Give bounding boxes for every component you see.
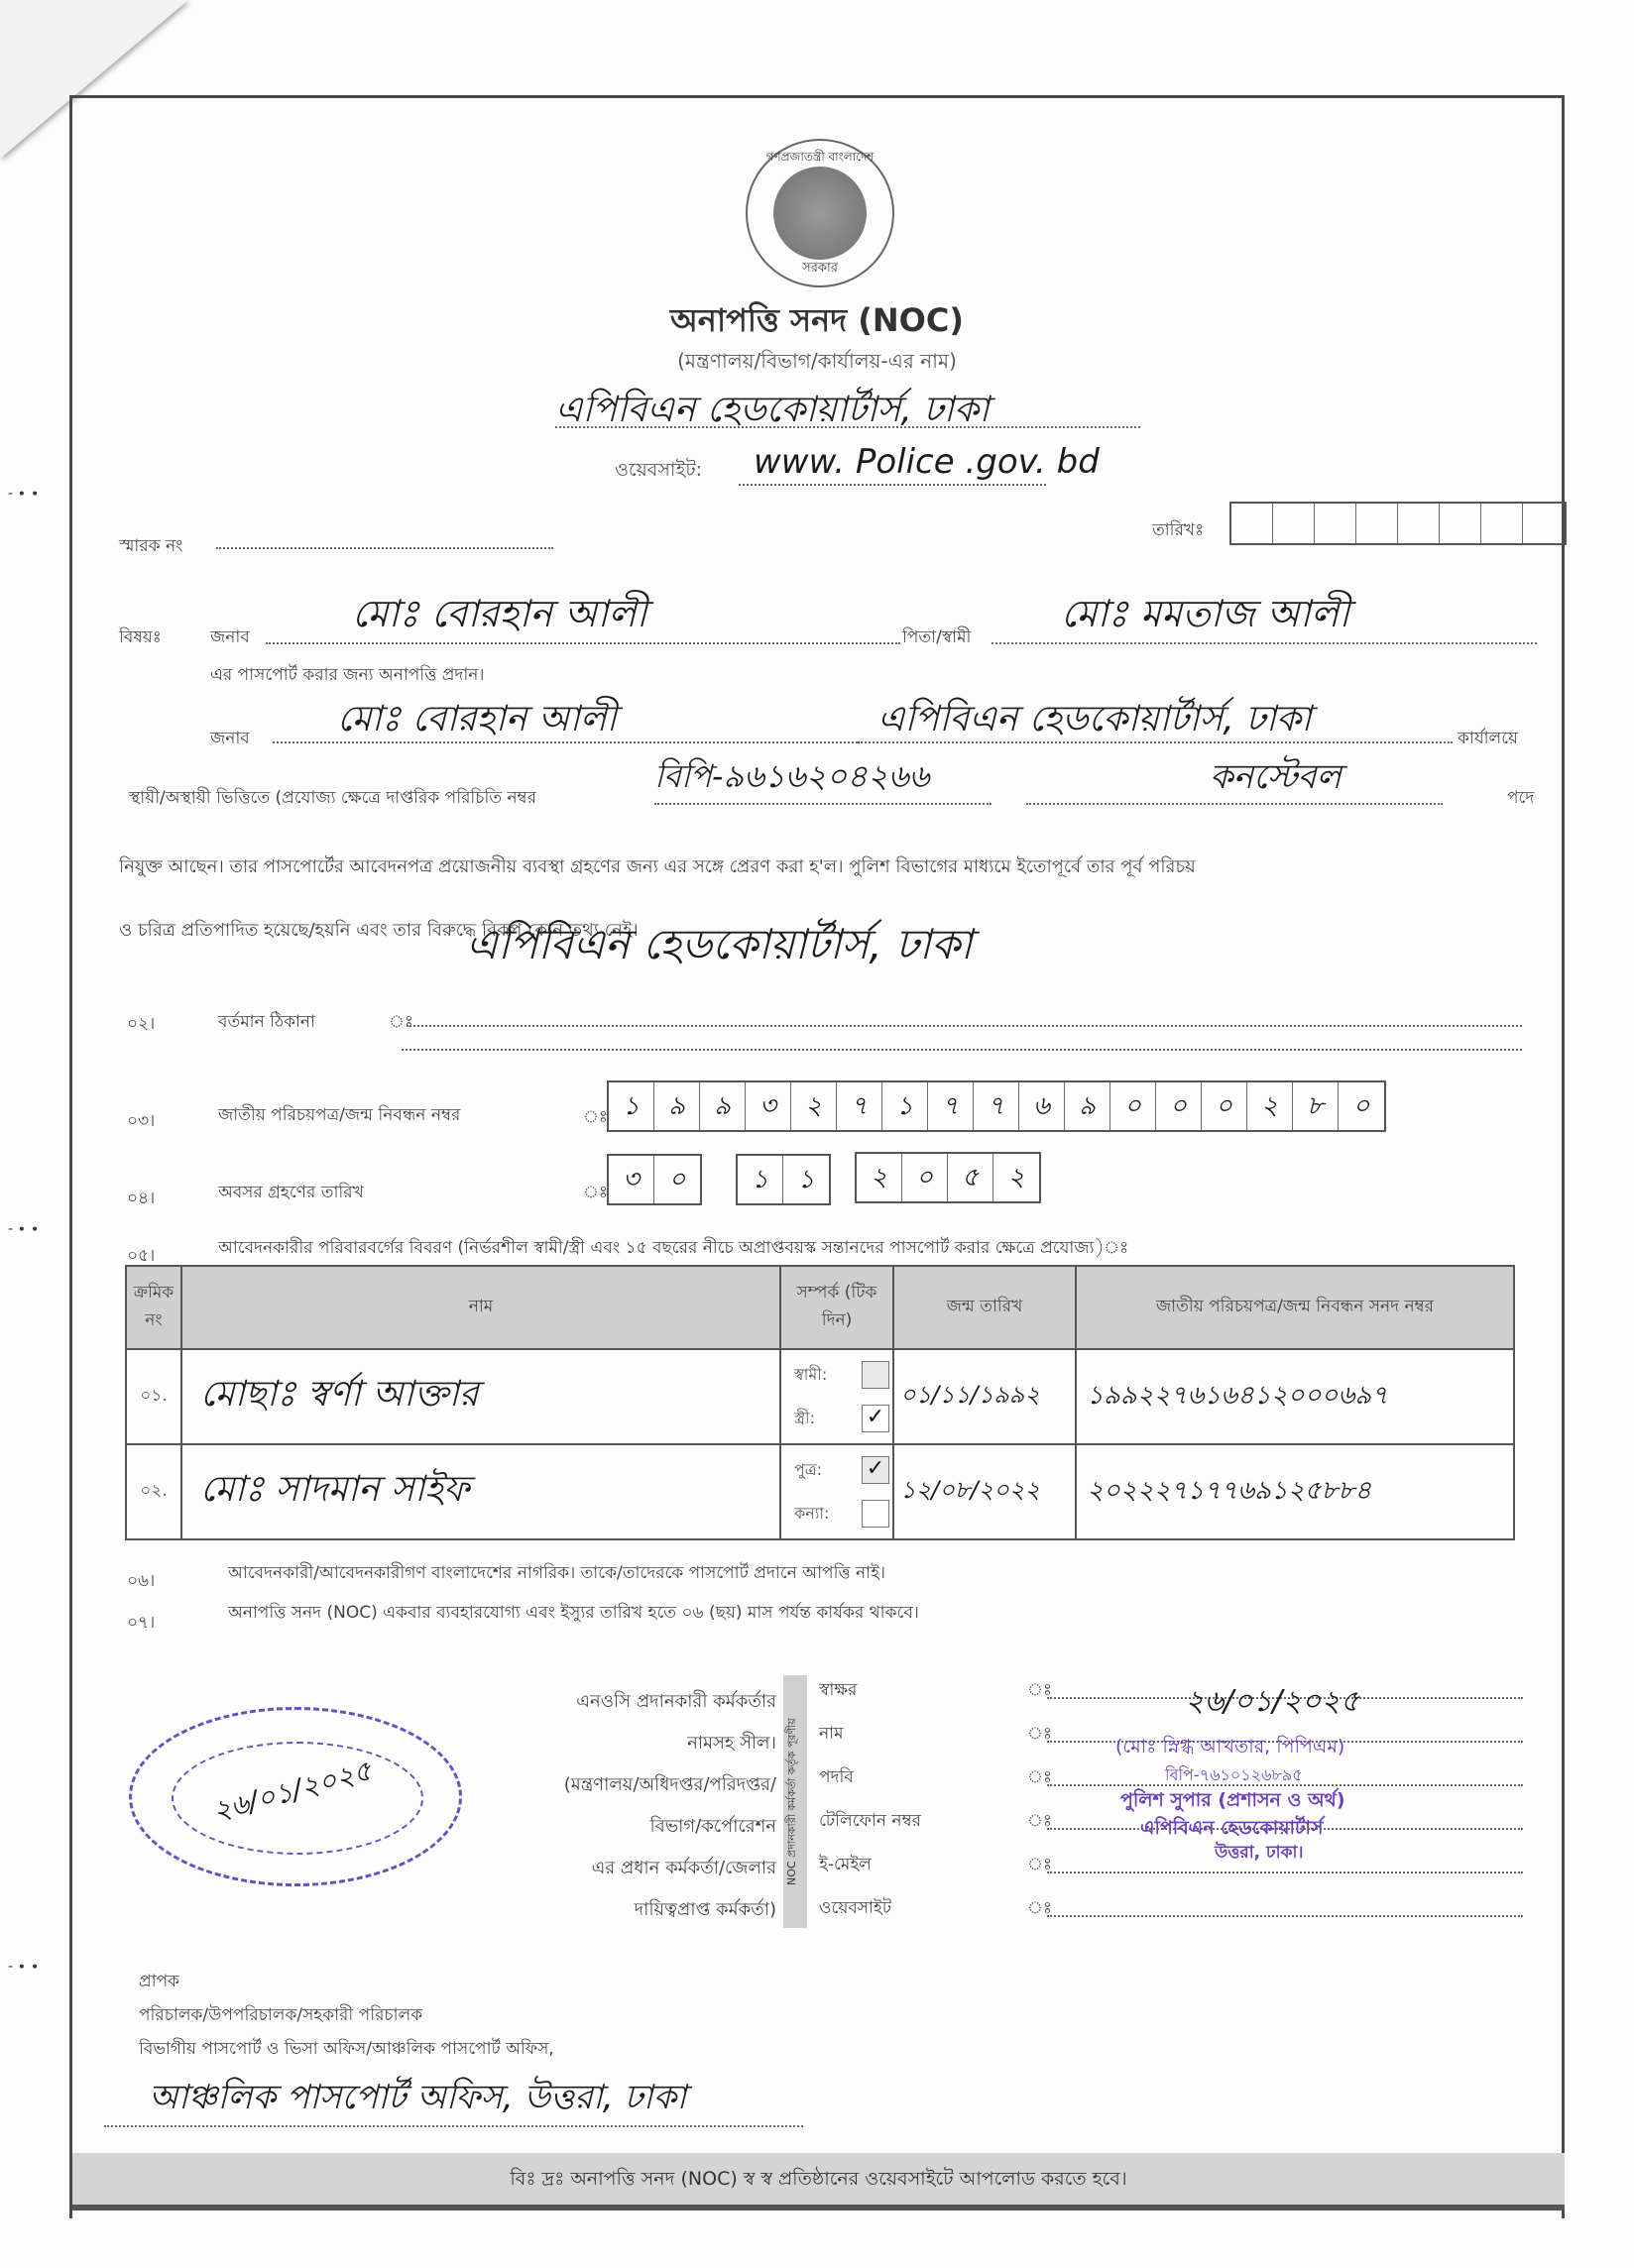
officer-field-colon: ঃ <box>1027 1764 1052 1792</box>
officer-vertical-label: NOC প্রদানকারী কর্মকর্তা কর্তৃক পূরণীয় <box>783 1675 807 1928</box>
note-06: আবেদনকারী/আবেদনকারীগণ বাংলাদেশের নাগরিক।… <box>228 1560 885 1588</box>
subject-label: বিষয়ঃ <box>119 624 162 652</box>
government-emblem-icon: গণপ্রজাতন্ত্রী বাংলাদেশ সরকার <box>746 139 894 287</box>
date-box <box>1315 504 1356 543</box>
nid-digit-box: ১ <box>882 1082 928 1130</box>
body-para1: নিযুক্ত আছেন। তার পাসপোর্টের আবেদনপত্র প… <box>119 852 1196 883</box>
retirement-month-digit: ১ <box>783 1156 829 1203</box>
col-dob: জন্ম তারিখ <box>893 1266 1076 1349</box>
date-box <box>1356 504 1398 543</box>
officer-field-label: টেলিফোন নম্বর <box>819 1808 921 1836</box>
applicant-name: মোঃ বোরহান আলী <box>352 585 647 648</box>
designation: কনস্টেবল <box>1210 751 1342 808</box>
date-box <box>1481 504 1523 543</box>
family-table: ক্রমিক নং নাম সম্পর্ক (টিক দিন) জন্ম তার… <box>125 1265 1515 1540</box>
recipient-line <box>104 2125 803 2127</box>
relation-label: স্বামী: <box>794 1362 827 1389</box>
nid-label: জাতীয় পরিচয়পত্র/জন্ম নিবন্ধন নম্বর <box>218 1102 460 1130</box>
relation-checkbox[interactable]: ✓ <box>862 1456 889 1484</box>
officer-field-line[interactable] <box>1047 1915 1523 1917</box>
relation-cell: পুত্র:✓ কন্যা: <box>780 1444 893 1539</box>
relation-label: পুত্র: <box>794 1457 822 1484</box>
family-intro: আবেদনকারীর পরিবারবর্গের বিবরণ (নির্ভরশীল… <box>218 1235 1128 1263</box>
designation-suffix: পদে <box>1507 785 1534 813</box>
office-suffix: কার্যালয়ে <box>1458 726 1518 753</box>
nid-digit-box: ৩ <box>746 1082 791 1130</box>
officer-description-line: এনওসি প্রদানকারী কর্মকর্তার <box>564 1681 776 1723</box>
retirement-month-boxes: ১১ <box>736 1154 831 1205</box>
officer-field-label: স্বাক্ষর <box>819 1677 857 1705</box>
officer-field-label: নাম <box>819 1721 844 1749</box>
memo-number-field[interactable] <box>216 547 553 549</box>
address-line-2 <box>402 1049 1522 1051</box>
name-cell: মোঃ সাদমান সাইফ <box>181 1444 780 1539</box>
retirement-year-digit: ২ <box>857 1154 902 1201</box>
father-name: মোঃ মমতাজ আলী <box>1061 585 1349 648</box>
memo-label: স্মারক নং <box>119 533 182 561</box>
officer-field-label: পদবি <box>819 1764 854 1792</box>
document-title: অনাপত্তি সনদ (NOC) <box>0 295 1634 349</box>
emblem-bottom-text: সরকার <box>748 259 892 280</box>
retirement-day-digit: ০ <box>654 1156 700 1203</box>
nid-colon: ঃ <box>583 1104 608 1132</box>
officer-field-colon: ঃ <box>1027 1808 1052 1836</box>
address-colon: ঃ <box>389 1009 413 1037</box>
retirement-day-boxes: ৩০ <box>607 1154 702 1205</box>
document-subtitle: (মন্ত্রণালয়/বিভাগ/কার্যালয়-এর নাম) <box>0 347 1634 380</box>
footer-note: বিঃ দ্রঃ অনাপত্তি সনদ (NOC) স্ব স্ব প্রত… <box>72 2153 1565 2211</box>
officer-description-line: দায়িত্বপ্রাপ্ত কর্মকর্তা) <box>564 1889 776 1931</box>
officer-field-line[interactable] <box>1047 1871 1523 1873</box>
serial-cell: ০১. <box>126 1349 181 1444</box>
website-label: ওয়েবসাইট: <box>615 456 702 488</box>
father-name-line <box>992 642 1537 644</box>
margin-mark: - ∙ ∙ <box>8 486 39 502</box>
officer-description-line: নামসহ সীল। <box>564 1723 776 1764</box>
emblem-top-text: গণপ্রজাতন্ত্রী বাংলাদেশ <box>748 149 892 169</box>
relation-label: স্ত্রী: <box>794 1406 815 1432</box>
relation-checkbox[interactable] <box>862 1361 889 1389</box>
address-label: বর্তমান ঠিকানা <box>218 1009 315 1037</box>
nid-digit-box: ৭ <box>837 1082 882 1130</box>
recipient-handwritten: আঞ্চলিক পাসপোর্ট অফিস, উত্তরা, ঢাকা <box>149 2072 686 2128</box>
table-row: ০১. মোছাঃ স্বর্ণা আক্তার স্বামী: স্ত্রী:… <box>126 1349 1514 1444</box>
note-06-num: ০৬। <box>127 1568 155 1596</box>
round-office-seal: ২৬/০১/২০২৫ <box>129 1707 462 1886</box>
note-07-num: ০৭। <box>127 1610 155 1638</box>
margin-mark: - ∙ ∙ <box>8 1221 39 1237</box>
officer-description-line: এর প্রধান কর্মকর্তা/জেলার <box>564 1848 776 1889</box>
nid-digit-box: ২ <box>791 1082 837 1130</box>
nid-digit-box: ০ <box>1156 1082 1202 1130</box>
seal-bp-number: বিপি-৭৬১০১২৬৮৯৫ <box>1165 1762 1303 1789</box>
body-mr-label: জনাব <box>210 726 250 753</box>
recipient-line2: বিভাগীয় পাসপোর্ট ও ভিসা অফিস/আঞ্চলিক পা… <box>139 2036 554 2064</box>
office-name-line <box>555 426 1140 428</box>
relation-checkbox[interactable] <box>862 1500 889 1528</box>
nid-digit-boxes: ১৯৯৩২৭১৭৭৬৯০০০২৮০ <box>607 1080 1386 1132</box>
officer-field-colon: ঃ <box>1027 1677 1052 1705</box>
body-name-line <box>273 741 858 743</box>
subject-mr-label: জনাব <box>210 624 250 652</box>
item-04-num: ০৪। <box>127 1186 155 1213</box>
address-value: এপিবিএন হেডকোয়ার্টার্স, ঢাকা <box>466 912 973 982</box>
officer-field-colon: ঃ <box>1027 1895 1052 1923</box>
date-boxes <box>1229 502 1567 545</box>
family-table-header: ক্রমিক নং নাম সম্পর্ক (টিক দিন) জন্ম তার… <box>126 1266 1514 1349</box>
officer-field-label: ওয়েবসাইট <box>819 1895 891 1923</box>
nid-digit-box: ০ <box>1339 1082 1384 1130</box>
officer-signature-date: ২৬/০১/২০২৫ <box>1185 1677 1359 1728</box>
col-id-number: জাতীয় পরিচয়পত্র/জন্ম নিবন্ধন সনদ নম্বর <box>1076 1266 1514 1349</box>
col-name: নাম <box>181 1266 780 1349</box>
retirement-year-digit: ০ <box>902 1154 948 1201</box>
retirement-label: অবসর গ্রহণের তারিখ <box>218 1180 364 1207</box>
margin-mark: - ∙ ∙ <box>8 1959 39 1975</box>
retirement-year-digit: ৫ <box>948 1154 993 1201</box>
nid-digit-box: ১ <box>609 1082 654 1130</box>
website-value: www. Police .gov. bd <box>754 442 1100 482</box>
address-line-1 <box>407 1025 1522 1027</box>
nid-digit-box: ০ <box>1202 1082 1247 1130</box>
office-name: এপিবিএন হেডকোয়ার্টার্স, ঢাকা <box>555 383 990 442</box>
recipient-label: প্রাপক <box>139 1969 179 1996</box>
name-cell: মোছাঃ স্বর্ণা আক্তার <box>181 1349 780 1444</box>
date-box <box>1398 504 1440 543</box>
applicant-name-line <box>266 642 900 644</box>
nid-digit-box: ০ <box>1110 1082 1156 1130</box>
relation-cell: স্বামী: স্ত্রী:✓ <box>780 1349 893 1444</box>
retirement-month-digit: ১ <box>738 1156 783 1203</box>
nid-digit-box: ৯ <box>700 1082 746 1130</box>
col-relation: সম্পর্ক (টিক দিন) <box>780 1266 893 1349</box>
relation-checkbox[interactable]: ✓ <box>862 1405 889 1432</box>
nid-digit-box: ৭ <box>974 1082 1019 1130</box>
item-03-num: ০৩। <box>127 1108 155 1136</box>
id-number-cell: ২০২২২৭১৭৭৬৯১২৫৮৮৪ <box>1076 1444 1514 1539</box>
retirement-colon: ঃ <box>583 1180 608 1207</box>
id-number-cell: ১৯৯২২৭৬১৬৪১২০০০৬৯৭ <box>1076 1349 1514 1444</box>
seal-name: (মোঃ স্নিগ্ধ আখতার, পিপিএম) <box>1115 1733 1344 1764</box>
body-office-line <box>858 741 1453 743</box>
retirement-year-digit: ২ <box>993 1154 1039 1201</box>
recipient-line1: পরিচালক/উপপরিচালক/সহকারী পরিচালক <box>139 2002 422 2030</box>
relation-label: কন্যা: <box>794 1501 829 1528</box>
date-box <box>1273 504 1315 543</box>
nid-digit-box: ৯ <box>1065 1082 1110 1130</box>
nid-digit-box: ৭ <box>928 1082 974 1130</box>
dob-cell: ০১/১১/১৯৯২ <box>893 1349 1076 1444</box>
dob-cell: ১২/০৮/২০২২ <box>893 1444 1076 1539</box>
nid-digit-box: ৬ <box>1019 1082 1065 1130</box>
basis-text: স্থায়ী/অস্থায়ী ভিত্তিতে (প্রযোজ্য ক্ষে… <box>129 785 536 813</box>
official-id: বিপি-৯৬১৬২০৪২৬৬ <box>654 751 929 805</box>
retirement-day-digit: ৩ <box>609 1156 654 1203</box>
officer-field-label: ই-মেইল <box>819 1852 872 1879</box>
map-emblem-icon <box>773 167 867 260</box>
nid-digit-box: ৮ <box>1293 1082 1339 1130</box>
officer-description-line: বিভাগ/কর্পোরেশন <box>564 1806 776 1848</box>
officer-field-colon: ঃ <box>1027 1852 1052 1879</box>
website-line <box>739 484 1046 486</box>
note-07: অনাপত্তি সনদ (NOC) একবার ব্যবহারযোগ্য এব… <box>228 1600 919 1628</box>
subject-line2: এর পাসপোর্ট করার জন্য অনাপত্তি প্রদান। <box>210 662 485 690</box>
date-label: তারিখঃ <box>1152 517 1204 545</box>
designation-line <box>1026 803 1443 805</box>
officer-field-colon: ঃ <box>1027 1721 1052 1749</box>
officer-description-line: (মন্ত্রণালয়/অধিদপ্তর/পরিদপ্তর/ <box>564 1764 776 1806</box>
nid-digit-box: ৯ <box>654 1082 700 1130</box>
table-row: ০২. মোঃ সাদমান সাইফ পুত্র:✓ কন্যা: ১২/০৮… <box>126 1444 1514 1539</box>
official-id-line <box>654 803 992 805</box>
item-02-num: ০২। <box>127 1011 155 1039</box>
nid-digit-box: ২ <box>1247 1082 1293 1130</box>
date-box <box>1231 504 1273 543</box>
date-box <box>1440 504 1481 543</box>
officer-description: এনওসি প্রদানকারী কর্মকর্তারনামসহ সীল।(মন… <box>564 1681 776 1931</box>
retirement-year-boxes: ২০৫২ <box>855 1152 1041 1203</box>
date-box <box>1523 504 1565 543</box>
col-serial: ক্রমিক নং <box>126 1266 181 1349</box>
seal-location: উত্তরা, ঢাকা। <box>1215 1840 1304 1868</box>
father-label: পিতা/স্বামী <box>902 624 971 652</box>
serial-cell: ০২. <box>126 1444 181 1539</box>
